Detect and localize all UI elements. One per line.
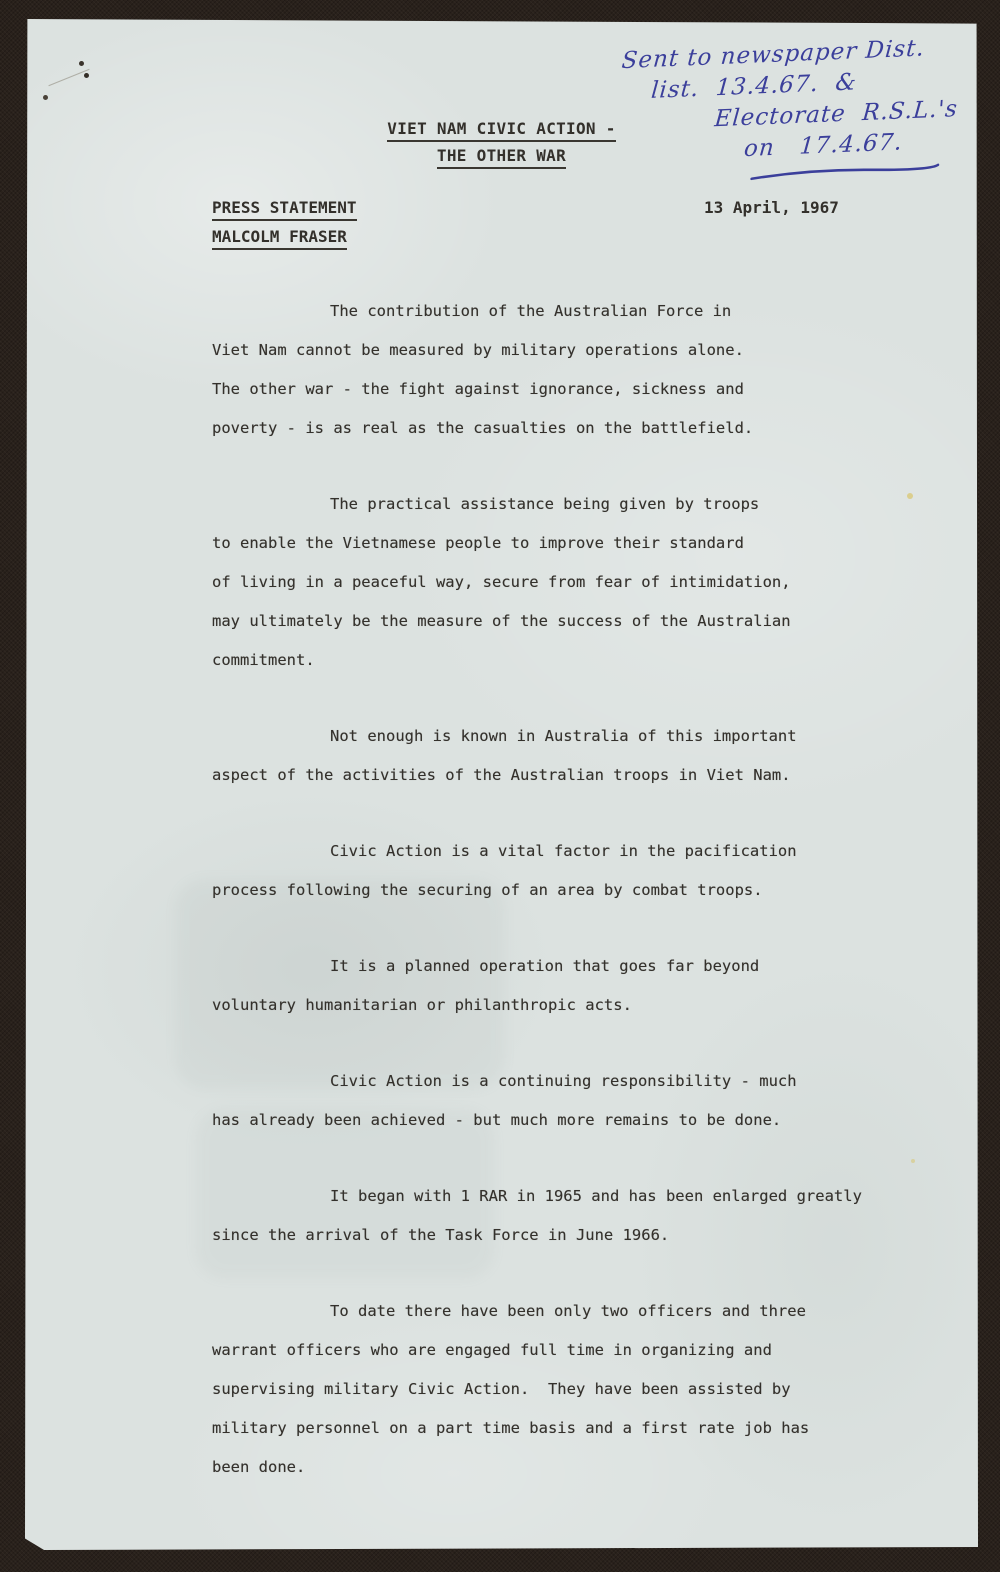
text-line: Civic Action is a vital factor in the pa… [212, 832, 932, 871]
paragraph: The practical assistance being given by … [212, 485, 932, 680]
text-line: poverty - is as real as the casualties o… [212, 409, 932, 448]
title-line-2: THE OTHER WAR [25, 146, 978, 165]
document-title: VIET NAM CIVIC ACTION - THE OTHER WAR [25, 119, 978, 173]
paragraph: Civic Action is a continuing responsibil… [212, 1062, 932, 1140]
text-line: It is a planned operation that goes far … [212, 947, 932, 986]
text-line: The practical assistance being given by … [212, 485, 932, 524]
paragraph: It is a planned operation that goes far … [212, 947, 932, 1025]
paragraph: Not enough is known in Australia of this… [212, 717, 932, 795]
text-line: been done. [212, 1448, 932, 1487]
text-line: process following the securing of an are… [212, 871, 932, 910]
text-line: aspect of the activities of the Australi… [212, 756, 932, 795]
document-body: The contribution of the Australian Force… [212, 292, 932, 1524]
text-line: The contribution of the Australian Force… [212, 292, 932, 331]
title-line-1: VIET NAM CIVIC ACTION - [25, 119, 978, 138]
paragraph: Civic Action is a vital factor in the pa… [212, 832, 932, 910]
paragraph: The contribution of the Australian Force… [212, 292, 932, 448]
statement-meta: PRESS STATEMENT MALCOLM FRASER [212, 198, 357, 256]
text-line: warrant officers who are engaged full ti… [212, 1331, 932, 1370]
paper-sheet: Sent to newspaper Dist.list. 13.4.67. &E… [25, 19, 978, 1550]
text-line: To date there have been only two officer… [212, 1292, 932, 1331]
text-line: since the arrival of the Task Force in J… [212, 1216, 932, 1255]
paragraph: It began with 1 RAR in 1965 and has been… [212, 1177, 932, 1255]
text-line: may ultimately be the measure of the suc… [212, 602, 932, 641]
statement-date: 13 April, 1967 [704, 198, 839, 217]
text-line: has already been achieved - but much mor… [212, 1101, 932, 1140]
text-line: supervising military Civic Action. They … [212, 1370, 932, 1409]
text-line: Civic Action is a continuing responsibil… [212, 1062, 932, 1101]
text-line: It began with 1 RAR in 1965 and has been… [212, 1177, 932, 1216]
scratch-mark [48, 69, 89, 86]
text-line: voluntary humanitarian or philanthropic … [212, 986, 932, 1025]
text-line: Viet Nam cannot be measured by military … [212, 331, 932, 370]
paragraph: To date there have been only two officer… [212, 1292, 932, 1487]
text-line: to enable the Vietnamese people to impro… [212, 524, 932, 563]
author-name: MALCOLM FRASER [212, 227, 357, 246]
scanned-document: Sent to newspaper Dist.list. 13.4.67. &E… [0, 0, 1000, 1572]
text-line: military personnel on a part time basis … [212, 1409, 932, 1448]
statement-type: PRESS STATEMENT [212, 198, 357, 217]
staple-mark [43, 95, 48, 100]
text-line: The other war - the fight against ignora… [212, 370, 932, 409]
staple-mark [79, 61, 84, 66]
staple-mark [84, 73, 89, 78]
text-line: commitment. [212, 641, 932, 680]
text-line: of living in a peaceful way, secure from… [212, 563, 932, 602]
text-line: Not enough is known in Australia of this… [212, 717, 932, 756]
